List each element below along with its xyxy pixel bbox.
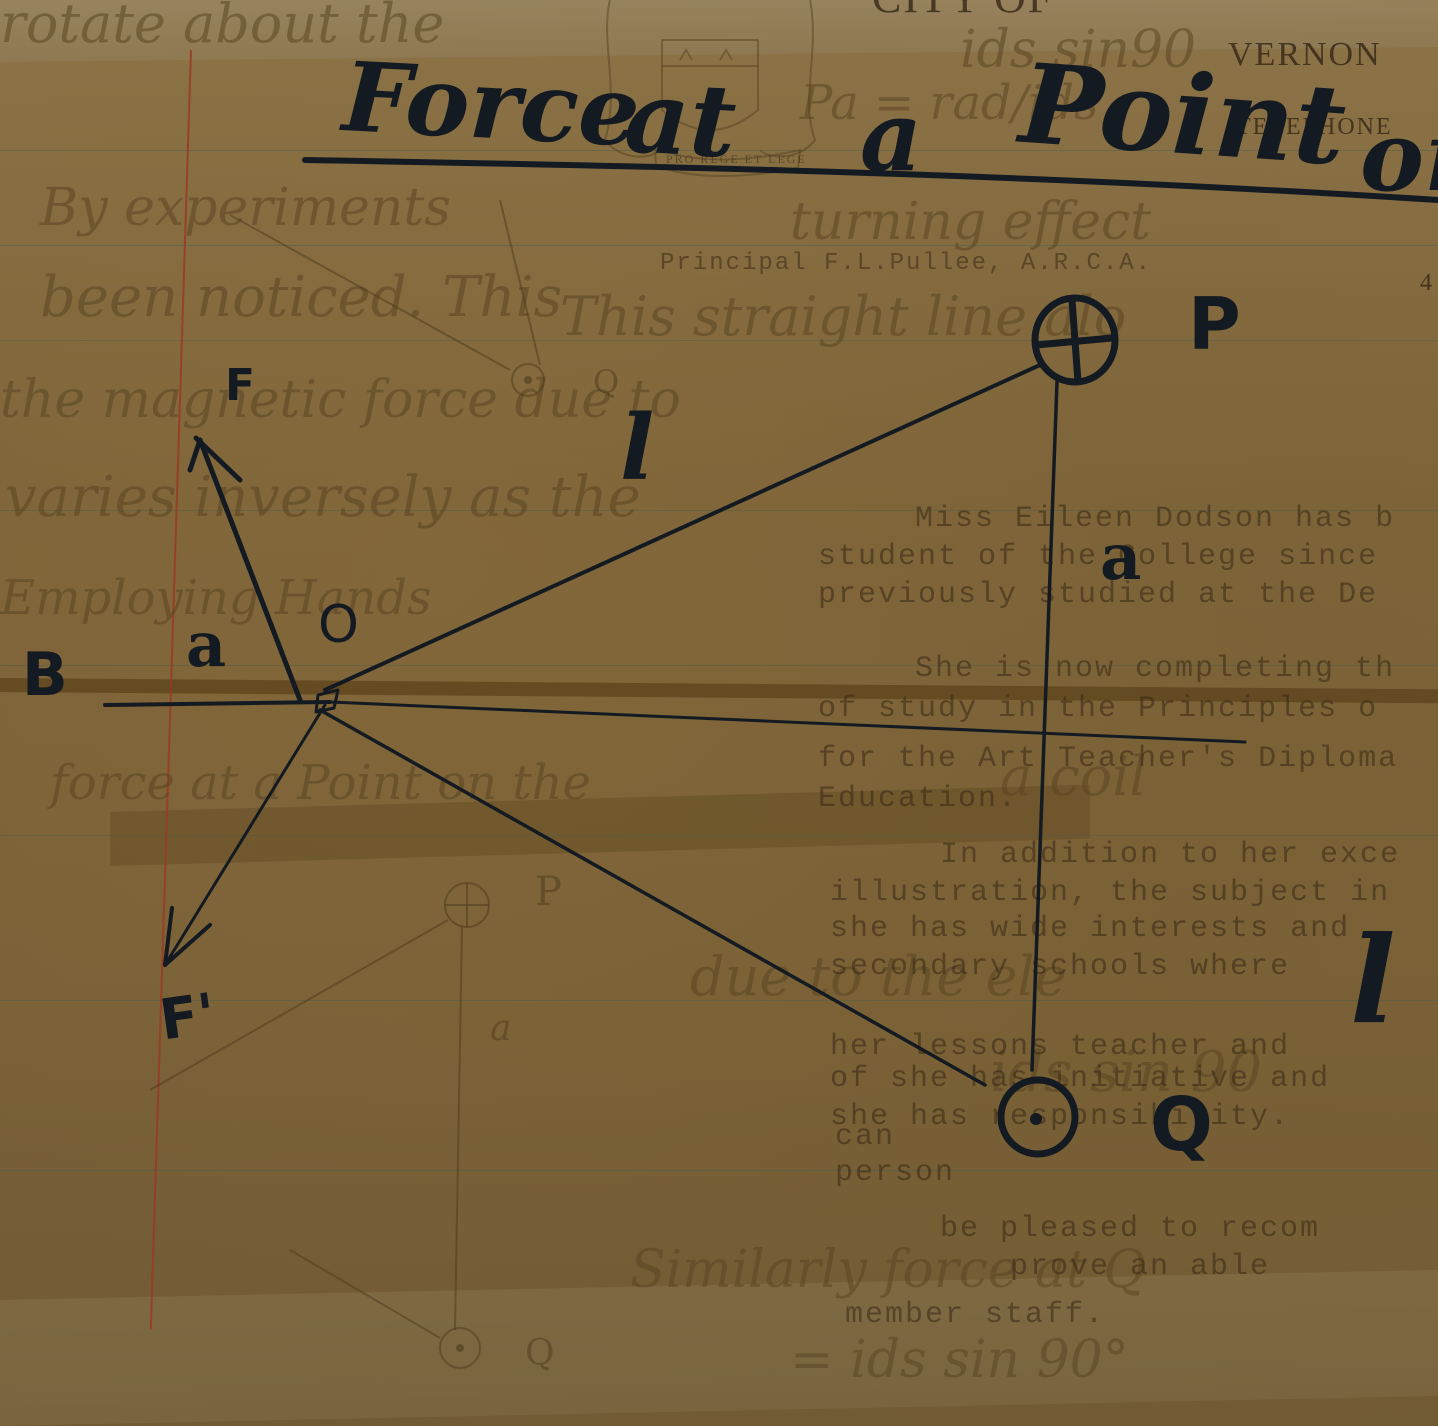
page-title-at: at [622,57,739,181]
page-title-on: on [1360,100,1438,213]
label-q: Q [1150,1082,1213,1168]
current-out-of-page-icon [1001,1080,1075,1154]
line-l-op [325,365,1040,690]
label-f-prime: F' [156,981,220,1053]
line-oq [320,710,985,1085]
label-b: B [22,640,68,710]
document-page: rotate about the By experiments been not… [0,0,1438,1426]
horizontal-axis-line [330,702,1245,742]
label-f: F [225,360,255,411]
page-title-force: Force [340,40,643,168]
page-title-a: a [860,80,922,193]
label-angle-a: a [186,608,226,681]
label-side-a: a [1100,520,1141,595]
label-l-right: l [1350,910,1396,1051]
force-vector-f-prime [165,705,325,965]
baseline-bo [105,702,330,705]
current-into-page-icon [1035,298,1115,382]
arrowhead-f-prime [165,908,210,965]
label-l: l [620,395,654,501]
label-o: O [318,595,359,655]
force-diagram [0,0,1438,1426]
page-title-point: Point [1016,39,1350,190]
label-p: P [1188,282,1241,366]
line-pq [1032,382,1057,1070]
